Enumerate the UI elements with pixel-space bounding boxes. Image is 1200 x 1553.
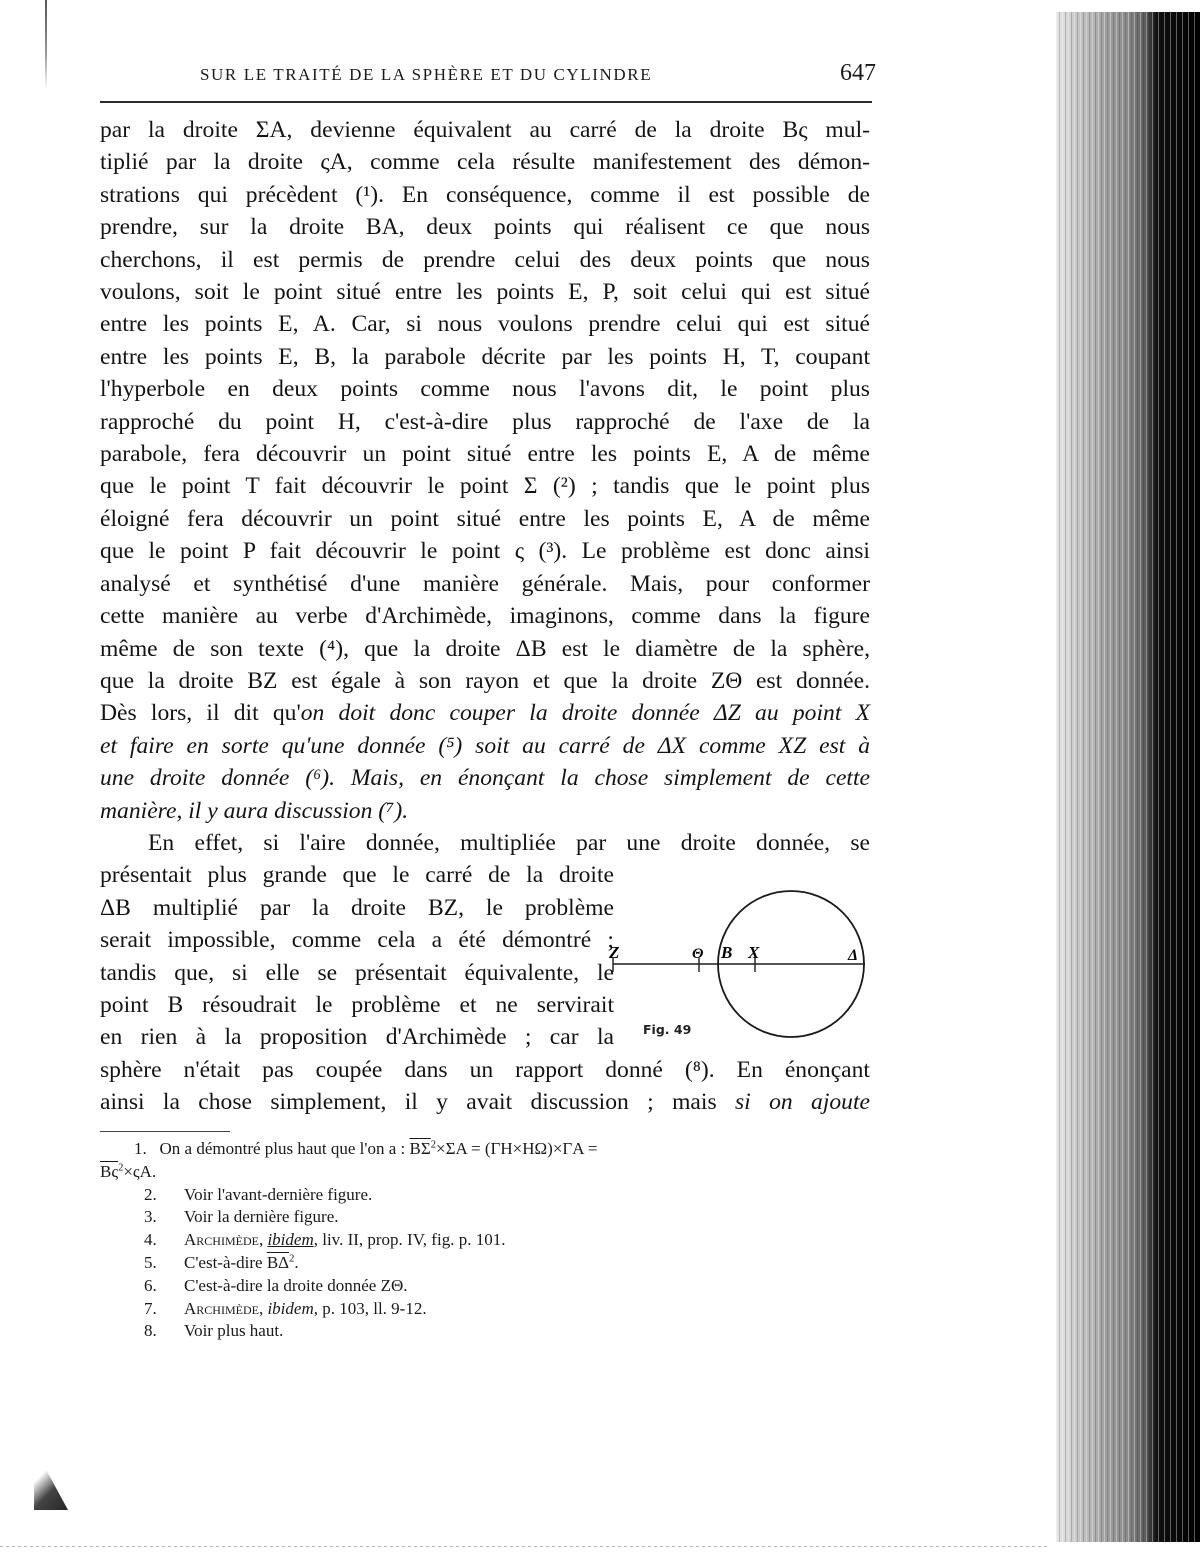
text-line: prendre, sur la droite BA, deux points q… <box>100 211 870 243</box>
label-theta: Θ <box>692 946 704 962</box>
footnote-number: 3. <box>100 1206 184 1229</box>
footnote-7: 7. Archimède, ibidem, p. 103, ll. 9-12. <box>100 1298 870 1321</box>
footnote-8: 8. Voir plus haut. <box>100 1320 870 1343</box>
footnote-number: 4. <box>100 1229 184 1252</box>
footnote-text: C'est-à-dire <box>184 1253 267 1272</box>
text-line: En effet, si l'aire donnée, multipliée p… <box>100 827 870 859</box>
text-line: tiplié par la droite ςA, comme cela résu… <box>100 146 870 178</box>
text-line-wrapped: tandis que, si elle se présentait équiva… <box>100 957 614 989</box>
overlined-term: BΣ <box>409 1139 430 1158</box>
italic-quote-line: une droite donnée (⁶). Mais, en énonçant… <box>100 762 870 794</box>
label-x: X <box>747 943 760 962</box>
text-run: ainsi la chose simplement, il y avait di… <box>100 1089 735 1115</box>
footnote-1: 1. On a démontré plus haut que l'on a : … <box>100 1138 870 1184</box>
text-line: ainsi la chose simplement, il y avait di… <box>100 1086 870 1118</box>
page-number: 647 <box>840 60 876 87</box>
ibidem-ref: ibidem <box>267 1299 313 1318</box>
footnote-6: 6. C'est-à-dire la droite donnée ZΘ. <box>100 1275 870 1298</box>
author-name: Archimède <box>184 1230 259 1249</box>
footnote-text: Voir plus haut. <box>184 1320 283 1343</box>
text-line-wrapped: serait impossible, comme cela a été démo… <box>100 924 614 956</box>
text-line-italic-start: Dès lors, il dit qu'on doit donc couper … <box>100 697 870 729</box>
footnote-text: ×ΣA = (ΓH×HΩ)×ΓA = <box>436 1139 597 1158</box>
footnote-number: 2. <box>100 1184 184 1207</box>
text-line: entre les points E, A. Car, si nous voul… <box>100 308 870 340</box>
text-line: entre les points E, B, la parabole décri… <box>100 341 870 373</box>
italic-quote-line: manière, il y aura discussion (⁷). <box>100 795 870 827</box>
footnote-text: , p. 103, ll. 9-12. <box>314 1299 427 1318</box>
text-line: parabole, fera découvrir un point situé … <box>100 438 870 470</box>
ibidem-ref: ibidem <box>267 1230 313 1249</box>
footnote-number: 7. <box>100 1298 184 1321</box>
running-head: SUR LE TRAITÉ DE LA SPHÈRE ET DU CYLINDR… <box>200 60 876 87</box>
italic-run: si on ajoute <box>735 1089 870 1115</box>
footnote-number: 5. <box>100 1252 184 1275</box>
author-name: Archimède <box>184 1299 259 1318</box>
footnote-text: C'est-à-dire la droite donnée ZΘ. <box>184 1275 408 1298</box>
overlined-term: BΔ <box>267 1253 289 1272</box>
text-line: l'hyperbole en deux points comme nous l'… <box>100 373 870 405</box>
text-line: même de son texte (⁴), que la droite ΔB … <box>100 633 870 665</box>
text-line-wrapped: point B résoudrait le problème et ne ser… <box>100 989 614 1021</box>
text-line: que le point P fait découvrir le point ς… <box>100 535 870 567</box>
footnote-text: Voir la dernière figure. <box>184 1206 339 1229</box>
footnote-number: 1. <box>134 1139 147 1158</box>
overlined-term: Bς <box>100 1162 118 1181</box>
text-line: analysé et synthétisé d'une manière géné… <box>100 568 870 600</box>
footnote-2: 2. Voir l'avant-dernière figure. <box>100 1184 870 1207</box>
italic-quote: on doit donc couper la droite donnée ΔZ … <box>301 700 870 726</box>
text-run: Dès lors, il dit qu' <box>100 700 301 726</box>
text-line: cherchons, il est permis de prendre celu… <box>100 244 870 276</box>
footnote-5: 5. C'est-à-dire BΔ2. <box>100 1252 870 1275</box>
footnote-number: 8. <box>100 1320 184 1343</box>
text-line-wrapped: présentait plus grande que le carré de l… <box>100 859 614 891</box>
text-line: que la droite BZ est égale à son rayon e… <box>100 665 870 697</box>
text-line: rapproché du point H, c'est-à-dire plus … <box>100 406 870 438</box>
footnote-4: 4. Archimède, ibidem, liv. II, prop. IV,… <box>100 1229 870 1252</box>
label-b: B <box>720 943 732 962</box>
text-line: éloigné fera découvrir un point situé en… <box>100 503 870 535</box>
italic-quote-line: et faire en sorte qu'une donnée (⁵) soit… <box>100 730 870 762</box>
book-spine-shadow <box>1056 12 1200 1542</box>
text-line: strations qui précèdent (¹). En conséque… <box>100 179 870 211</box>
footnote-text: On a démontré plus haut que l'on a : <box>160 1139 410 1158</box>
footnote-text: ×ςA. <box>123 1162 156 1181</box>
scan-edge-rule <box>45 0 47 90</box>
scan-bottom-edge <box>0 1546 1050 1547</box>
text-line-wrapped: en rien à la proposition d'Archimède ; c… <box>100 1021 614 1053</box>
footnote-3: 3. Voir la dernière figure. <box>100 1206 870 1229</box>
text-line: voulons, soit le point situé entre les p… <box>100 276 870 308</box>
figure-caption: Fig. 49 <box>643 1022 691 1037</box>
footnote-text: Voir l'avant-dernière figure. <box>184 1184 372 1207</box>
text-line: cette manière au verbe d'Archimède, imag… <box>100 600 870 632</box>
label-delta: Δ <box>847 947 858 964</box>
footnote-rule <box>100 1131 230 1132</box>
paragraph-1: par la droite ΣA, devienne équivalent au… <box>100 114 870 827</box>
text-line-wrapped: ΔB multiplié par la droite BZ, le problè… <box>100 892 614 924</box>
text-line: sphère n'était pas coupée dans un rappor… <box>100 1054 870 1086</box>
footnote-text: . <box>294 1253 298 1272</box>
running-title: SUR LE TRAITÉ DE LA SPHÈRE ET DU CYLINDR… <box>200 65 652 85</box>
footnote-text: , liv. II, prop. IV, fig. p. 101. <box>314 1230 506 1249</box>
label-z: Z <box>608 943 619 962</box>
text-line: que le point T fait découvrir le point Σ… <box>100 470 870 502</box>
scan-corner-artifact <box>34 1455 68 1510</box>
text-line: par la droite ΣA, devienne équivalent au… <box>100 114 870 146</box>
header-rule <box>100 101 872 103</box>
footnote-number: 6. <box>100 1275 184 1298</box>
footnotes: 1. On a démontré plus haut que l'on a : … <box>100 1138 870 1343</box>
